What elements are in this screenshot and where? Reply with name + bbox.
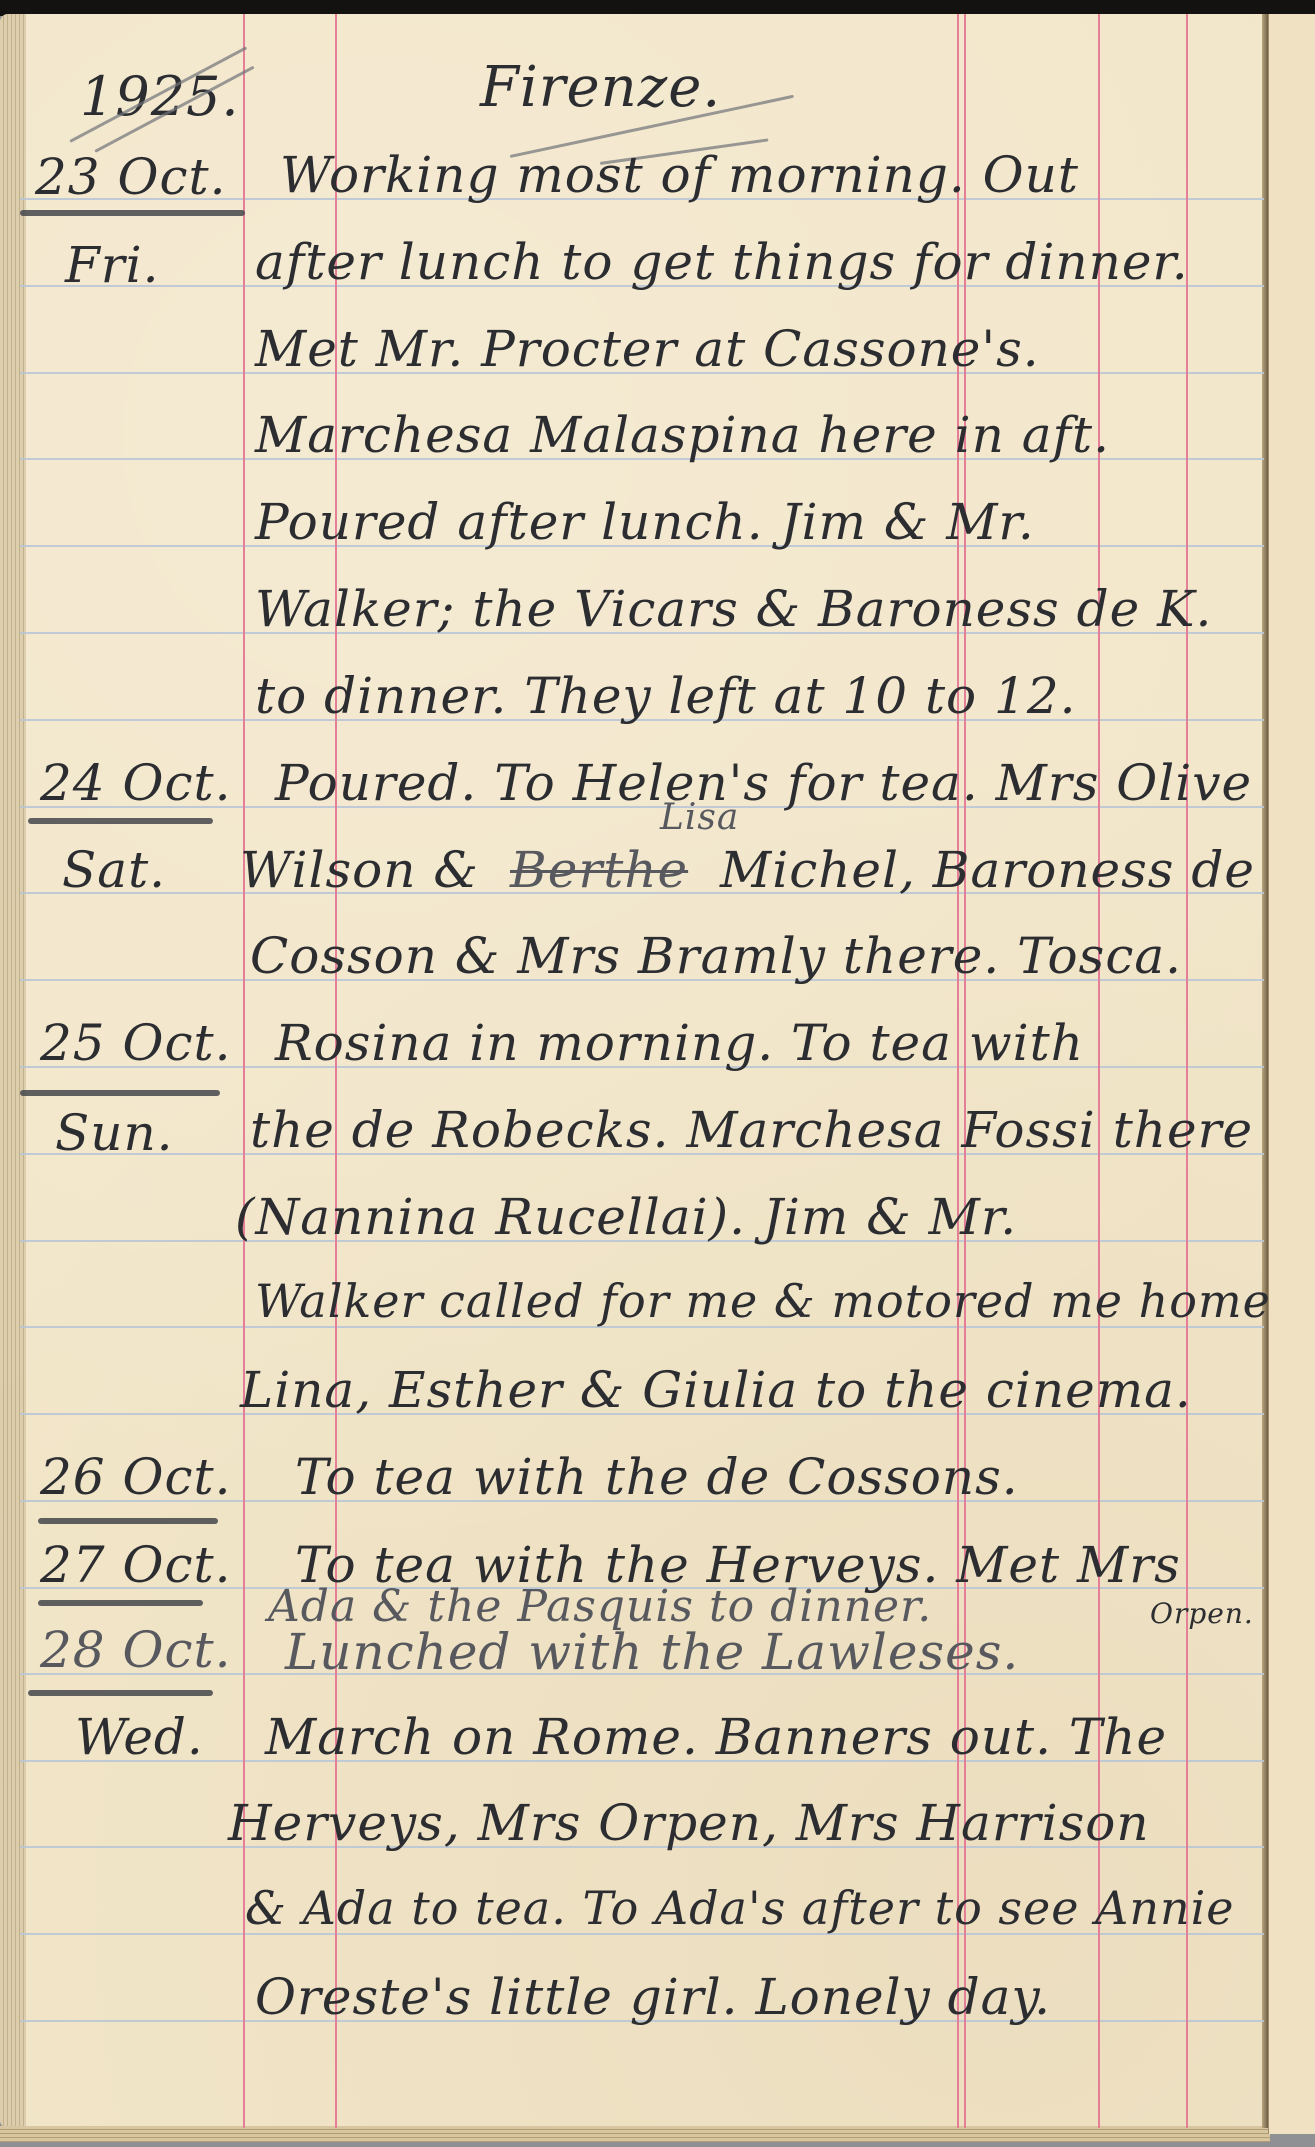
date-underline [20,210,245,216]
entry-line-continuation: Orpen. [1150,1600,1254,1628]
entry-date: 28 Oct. [40,1625,232,1675]
struck-word: Berthe [510,845,688,895]
entry-line: Oreste's little girl. Lonely day. [255,1972,1051,2022]
entry-date: 27 Oct. [40,1540,232,1590]
entry-line: Walker; the Vicars & Baroness de K. [255,584,1212,634]
entry-date: 23 Oct. [35,152,227,202]
entry-date: 26 Oct. [40,1452,232,1502]
entry-line: Wilson & [240,845,479,895]
date-underline [28,1690,213,1696]
entry-date: 25 Oct. [40,1018,232,1068]
entry-line: Met Mr. Procter at Cassone's. [255,324,1040,374]
entry-line: Marchesa Malaspina here in aft. [255,410,1110,460]
entry-line: Lina, Esther & Giulia to the cinema. [240,1365,1192,1415]
entry-date: 24 Oct. [40,758,232,808]
entry-line: Herveys, Mrs Orpen, Mrs Harrison [228,1798,1150,1848]
entry-line: Poured. To Helen's for tea. Mrs Olive [275,758,1252,808]
entry-line: Walker called for me & motored me home [255,1278,1271,1324]
entry-line: Poured after lunch. Jim & Mr. [255,497,1035,547]
margin-rule [1186,14,1188,2128]
facing-page-edge [1268,14,1315,2134]
entry-line: March on Rome. Banners out. The [265,1712,1167,1762]
entry-weekday: Fri. [65,240,159,290]
entry-line: the de Robecks. Marchesa Fossi there [250,1105,1253,1155]
entry-line: to dinner. They left at 10 to 12. [255,671,1077,721]
entry-line: To tea with the de Cossons. [295,1452,1019,1502]
entry-line: Lunched with the Lawleses. [285,1627,1019,1677]
date-underline [20,1090,220,1096]
entry-weekday: Sat. [62,845,166,895]
entry-weekday: Wed. [75,1712,204,1762]
page-stack-bottom [0,2126,1270,2142]
date-underline [28,818,213,824]
place-heading: Firenze. [480,60,721,116]
entry-line: Michel, Baroness de [720,845,1255,895]
entry-line: & Ada to tea. To Ada's after to see Anni… [245,1885,1235,1931]
inserted-word: Lisa [660,800,739,836]
date-underline [38,1600,203,1606]
date-underline [38,1518,218,1524]
entry-line: after lunch to get things for dinner. [255,237,1189,287]
entry-line: Rosina in morning. To tea with [275,1018,1084,1068]
entry-weekday: Sun. [55,1108,174,1158]
entry-line: (Nannina Rucellai). Jim & Mr. [235,1192,1017,1242]
page-stack-edge [0,14,26,2128]
entry-line: Cosson & Mrs Bramly there. Tosca. [250,931,1182,981]
entry-line: Working most of morning. Out [280,150,1079,200]
